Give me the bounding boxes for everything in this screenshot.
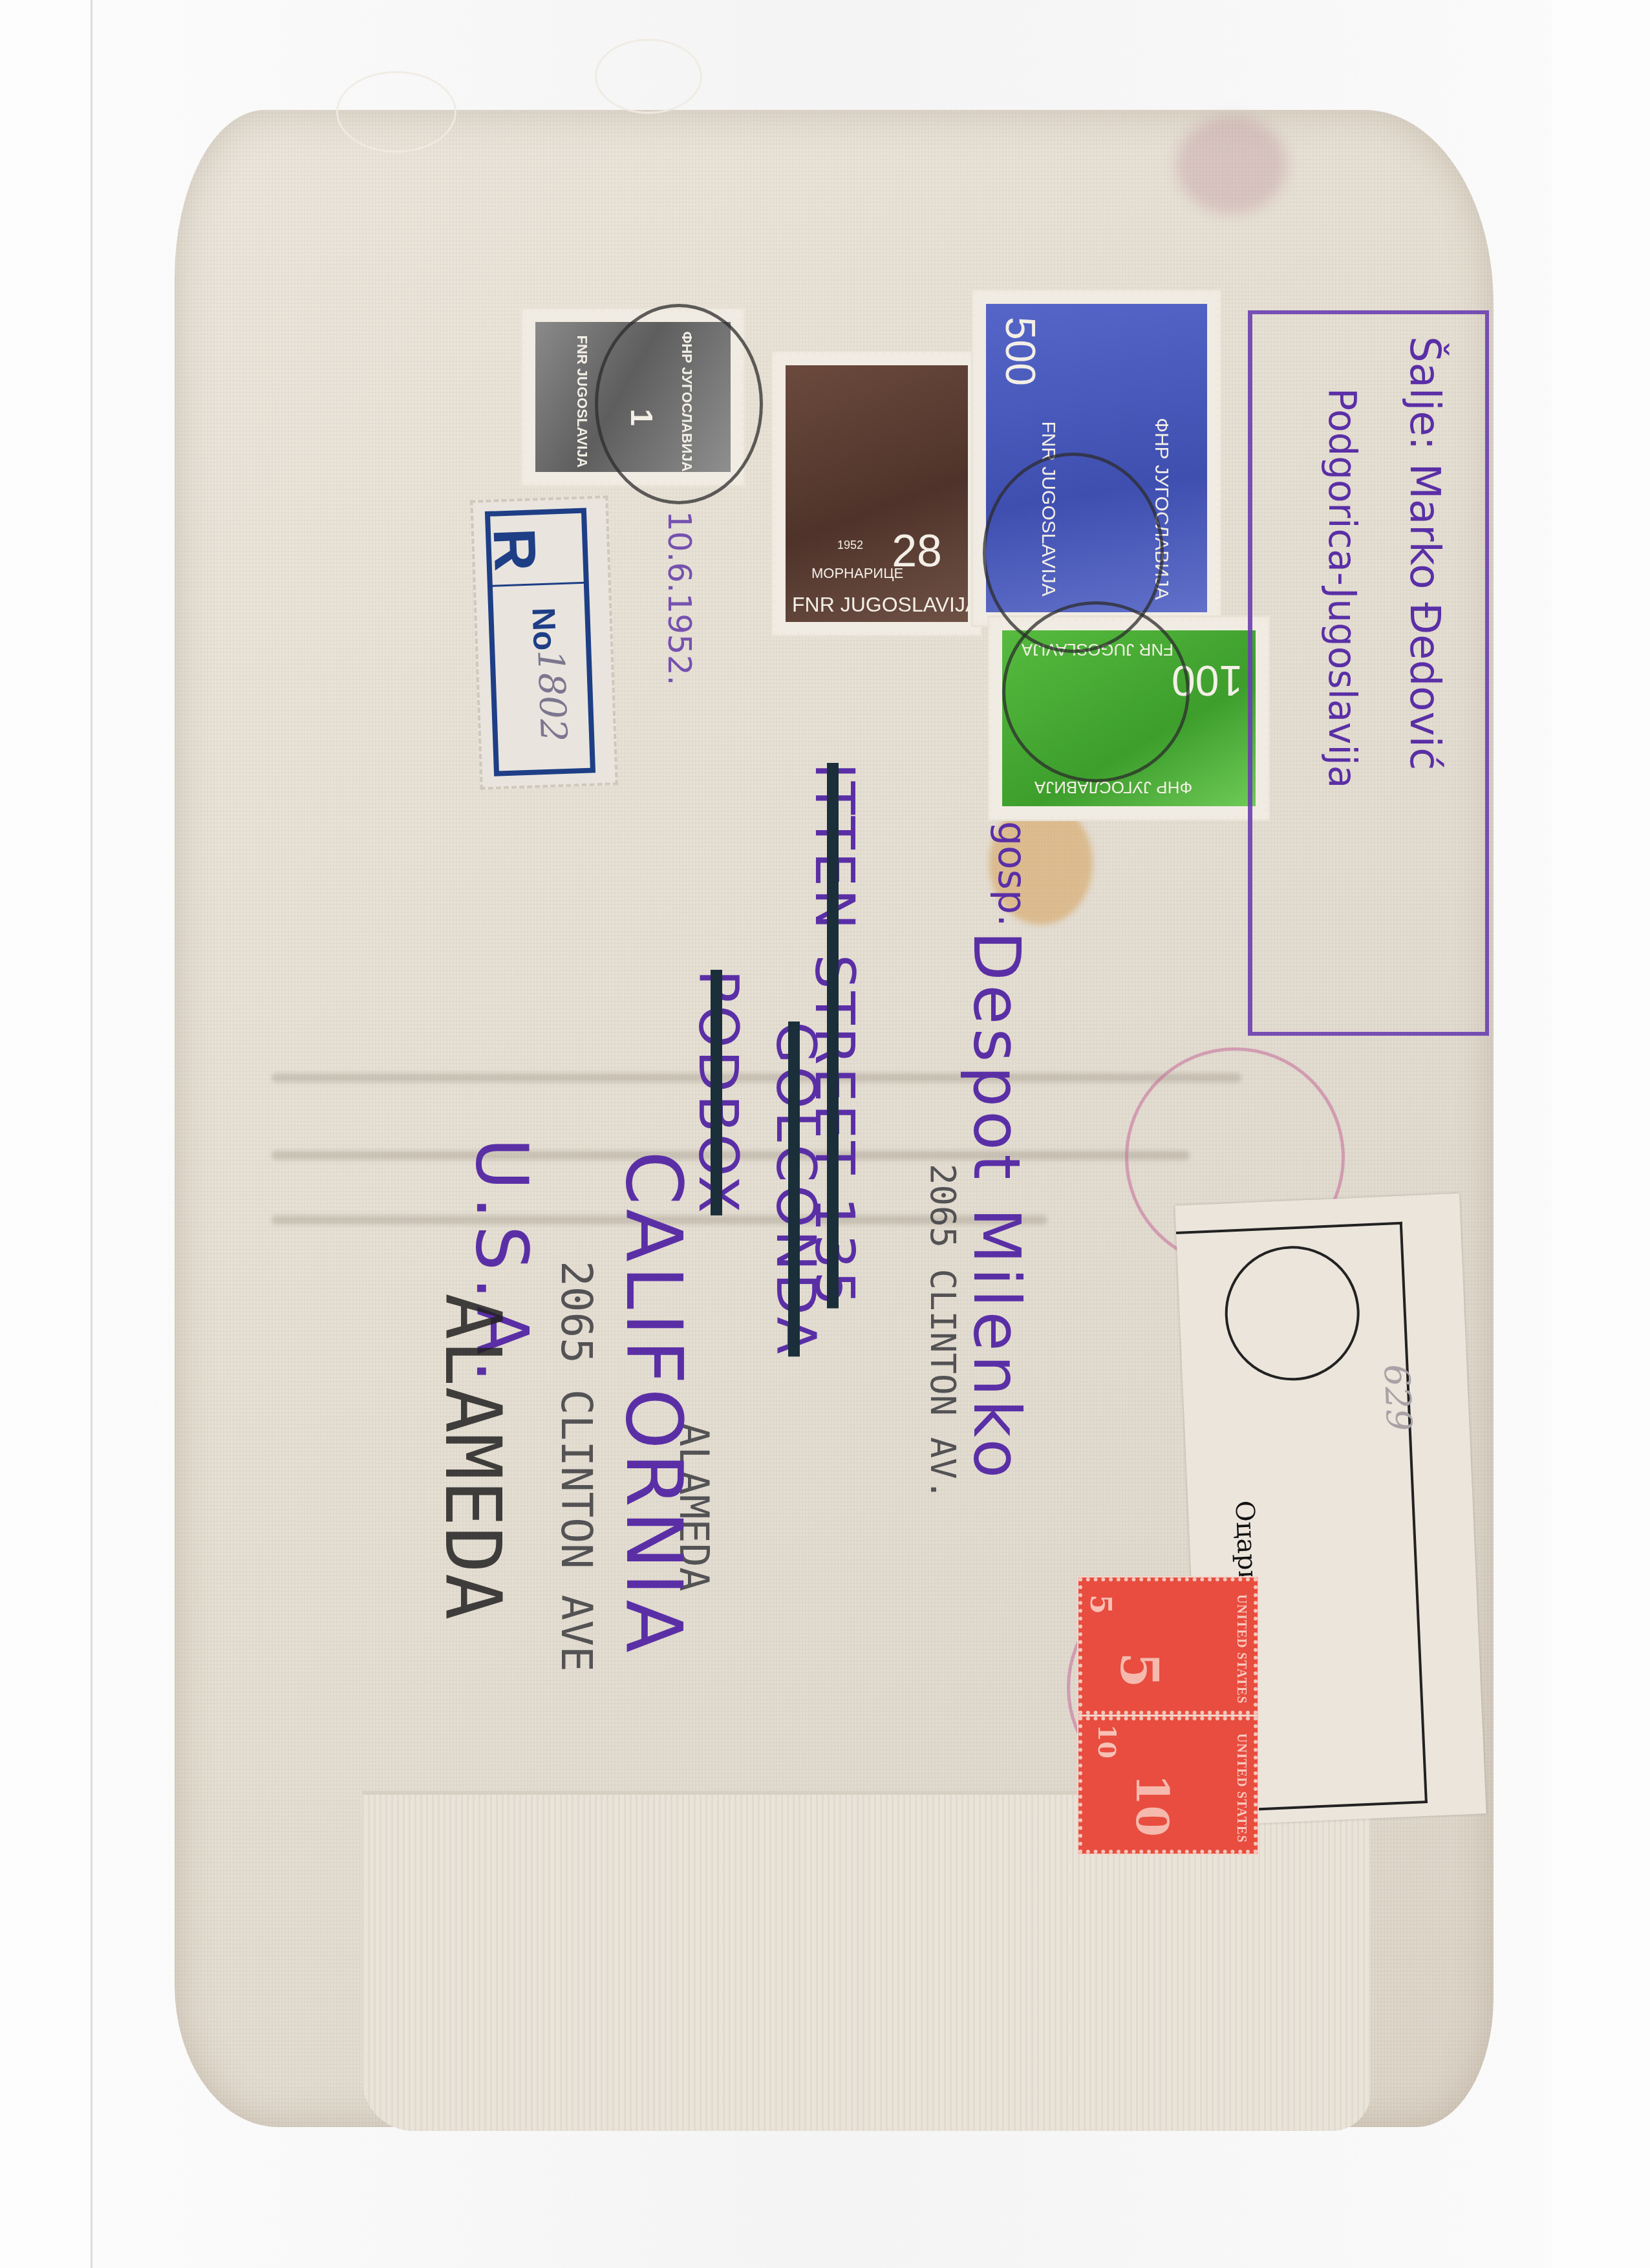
stamp-country-text: UNITED STATES	[1234, 1594, 1248, 1704]
stamp-value: 500	[996, 317, 1044, 386]
loose-thread	[336, 71, 456, 153]
stamp-value: 10	[1126, 1774, 1179, 1837]
sender-name: Šalje: Marko Đedović	[1400, 336, 1448, 770]
registration-letter: R	[480, 527, 549, 572]
stamp-corner-value: 5	[1084, 1594, 1117, 1614]
stamp-country-text: UNITED STATES	[1234, 1733, 1248, 1843]
stamp-country-text: FNR JUGOSLAVIJA	[573, 336, 590, 468]
cloth-fold	[272, 1073, 1241, 1082]
forwarding-city-2: ALAMEDA	[427, 1293, 517, 1620]
postmark-cancel	[1002, 601, 1190, 782]
registration-number: 1802	[529, 649, 574, 743]
recipient-state: CALIFORNIA	[608, 1151, 698, 1656]
us-postage-due-5: 5 5 UNITED STATES	[1078, 1578, 1258, 1715]
registration-label: R No 1802	[470, 495, 618, 789]
recipient-prefix: gosp.	[989, 821, 1034, 926]
old-place-struck: GOLCONDA	[764, 1022, 828, 1356]
customs-pencil-note: 629	[1376, 1364, 1419, 1432]
recipient-name: Despot Milenko	[959, 931, 1034, 1482]
sender-box	[1248, 310, 1489, 1036]
stamp-brown-28: 28 1952 МОРНАРИЦЕ FNR JUGOSLAVIJA	[773, 352, 981, 635]
stamp-caption: МОРНАРИЦЕ	[811, 565, 903, 582]
stamp-year: 1952	[837, 539, 863, 552]
stain	[1177, 116, 1287, 213]
sleeve-edge	[91, 0, 92, 2268]
loose-thread	[595, 39, 702, 114]
forwarding-address: 2065 CLINTON AV.	[923, 1164, 963, 1500]
stamp-country-text: FNR JUGOSLAVIJA	[792, 593, 968, 617]
us-postage-due-10: 10 10 UNITED STATES	[1078, 1717, 1258, 1854]
postmark-cancel	[595, 304, 763, 504]
sender-city: Podgorica-Jugoslavija	[1320, 388, 1364, 788]
forwarding-address-2: 2065 CLINTON AVE	[552, 1261, 601, 1672]
stamp-value: 5	[1109, 1652, 1170, 1688]
date-note: 10.6.1952.	[661, 511, 698, 685]
stamp-corner-value: 10	[1093, 1724, 1122, 1759]
registration-no-label: No	[524, 607, 563, 652]
